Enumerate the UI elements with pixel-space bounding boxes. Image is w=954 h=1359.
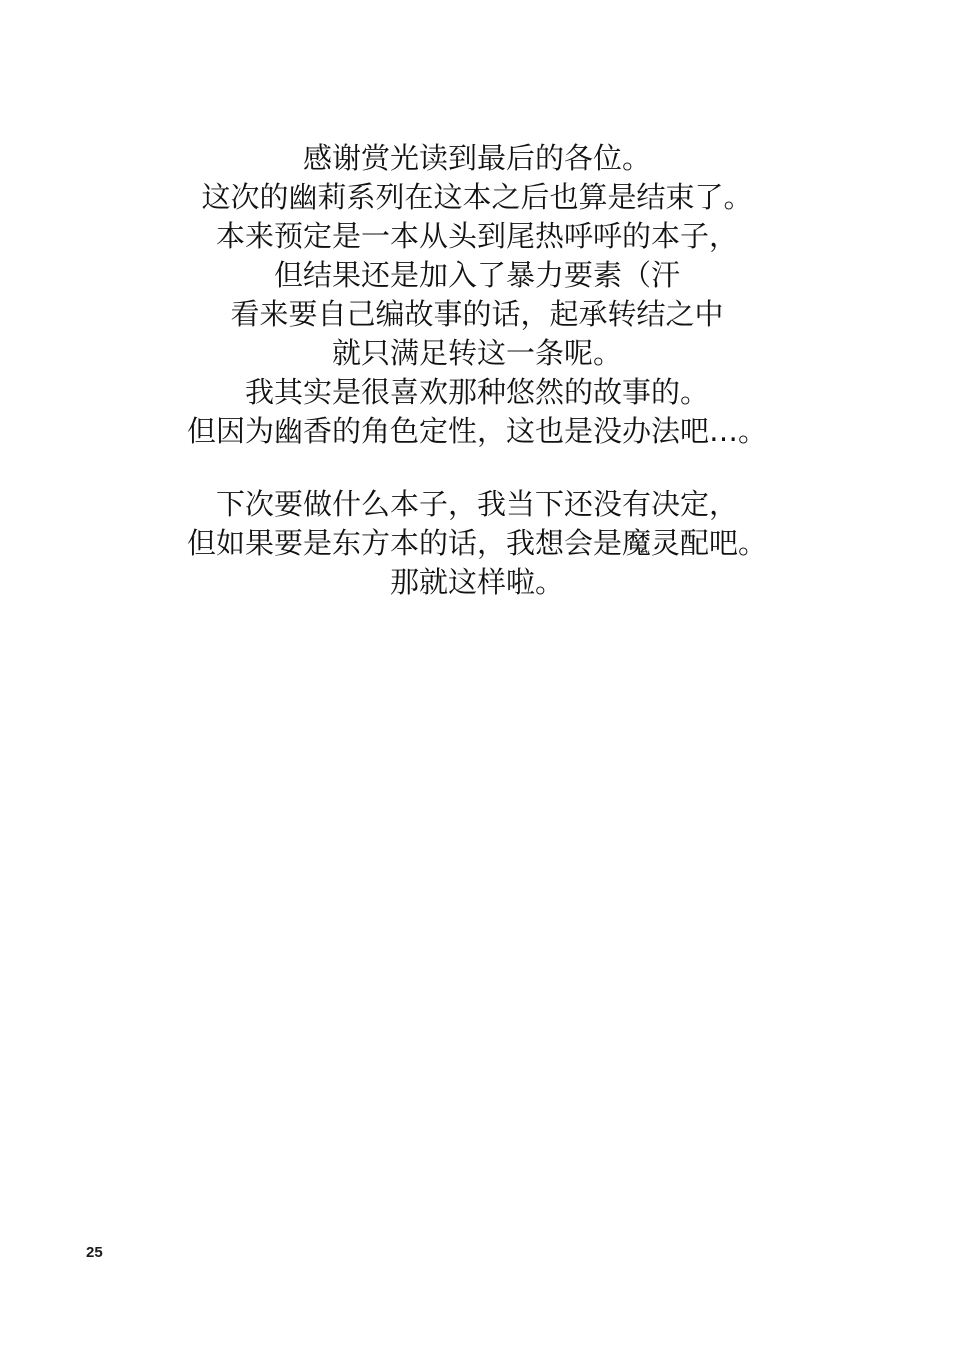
- text-line: 这次的幽莉系列在这本之后也算是结束了。: [0, 178, 954, 217]
- text-line: 我其实是很喜欢那种悠然的故事的。: [0, 373, 954, 412]
- text-line: 但因为幽香的角色定性，这也是没办法吧…。: [0, 412, 954, 451]
- afterword-paragraph-1: 感谢赏光读到最后的各位。 这次的幽莉系列在这本之后也算是结束了。 本来预定是一本…: [0, 139, 954, 451]
- page-number: 25: [86, 1244, 103, 1261]
- text-line: 那就这样啦。: [0, 563, 954, 602]
- text-line: 但如果要是东方本的话，我想会是魔灵配吧。: [0, 524, 954, 563]
- text-line: 下次要做什么本子，我当下还没有决定，: [0, 485, 954, 524]
- text-line: 看来要自己编故事的话，起承转结之中: [0, 295, 954, 334]
- text-line: 就只满足转这一条呢。: [0, 334, 954, 373]
- text-line: 但结果还是加入了暴力要素（汗: [0, 256, 954, 295]
- text-line: 感谢赏光读到最后的各位。: [0, 139, 954, 178]
- text-line: 本来预定是一本从头到尾热呼呼的本子，: [0, 217, 954, 256]
- afterword-paragraph-2: 下次要做什么本子，我当下还没有决定， 但如果要是东方本的话，我想会是魔灵配吧。 …: [0, 485, 954, 602]
